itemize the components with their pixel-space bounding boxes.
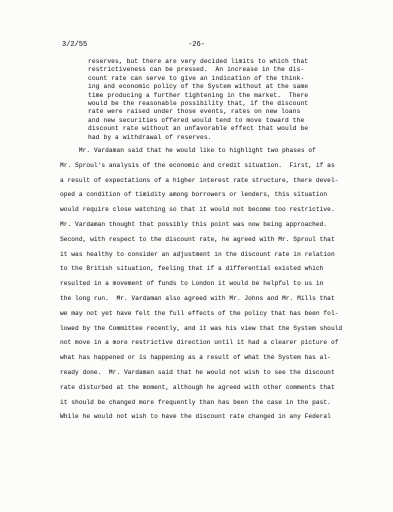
text-line: discount rate without an unfavorable eff… — [88, 125, 328, 133]
text-line: it was healthy to consider an adjustment… — [60, 248, 360, 263]
text-line: time producing a further tightening in t… — [88, 92, 328, 100]
text-line: a result of expectations of a higher int… — [60, 174, 360, 189]
text-line: the long run. Mr. Vardaman also agreed w… — [60, 292, 360, 307]
text-line: Mr. Vardaman said that he would like to … — [60, 144, 360, 159]
text-line: ready done. Mr. Vardaman said that he wo… — [60, 366, 360, 381]
text-line: would be the reasonable possibility that… — [88, 100, 328, 108]
text-line: rate were raised under those events, rat… — [88, 108, 328, 116]
text-line: Mr. Vardaman thought that possibly this … — [60, 218, 360, 233]
text-line: it should be changed more frequently tha… — [60, 396, 360, 411]
text-line: we may not yet have felt the full effect… — [60, 307, 360, 322]
text-line: what has happened or is happening as a r… — [60, 351, 360, 366]
text-line: resulted in a movement of funds to Londo… — [60, 277, 360, 292]
text-line: count rate can serve to give an indicati… — [88, 75, 328, 83]
page-number: -26- — [0, 41, 393, 49]
text-line: lowed by the Committee recently, and it … — [60, 322, 360, 337]
document-page: 3/2/55 -26- reserves, but there are very… — [0, 0, 393, 512]
page-header: 3/2/55 -26- — [0, 41, 393, 53]
text-line: rate disturbed at the moment, although h… — [60, 381, 360, 396]
text-line: oped a condition of timidity among borro… — [60, 188, 360, 203]
text-line: reserves, but there are very decided lim… — [88, 58, 328, 66]
text-line: While he would not wish to have the disc… — [60, 410, 360, 425]
text-line: ing and economic policy of the System wi… — [88, 83, 328, 91]
text-line: restrictiveness can be pressed. An incre… — [88, 66, 328, 74]
text-line: and new securities offered would tend to… — [88, 117, 328, 125]
text-line: not move in a more restrictive direction… — [60, 336, 360, 351]
text-line: Mr. Sproul's analysis of the economic an… — [60, 159, 360, 174]
body-paragraph: Mr. Vardaman said that he would like to … — [60, 144, 360, 425]
indented-quote-block: reserves, but there are very decided lim… — [88, 58, 328, 142]
text-line: Second, with respect to the discount rat… — [60, 233, 360, 248]
text-line: had by a withdrawal of reserves. — [88, 134, 328, 142]
text-line: to the British situation, feeling that i… — [60, 262, 360, 277]
text-line: would require close watching so that it … — [60, 203, 360, 218]
